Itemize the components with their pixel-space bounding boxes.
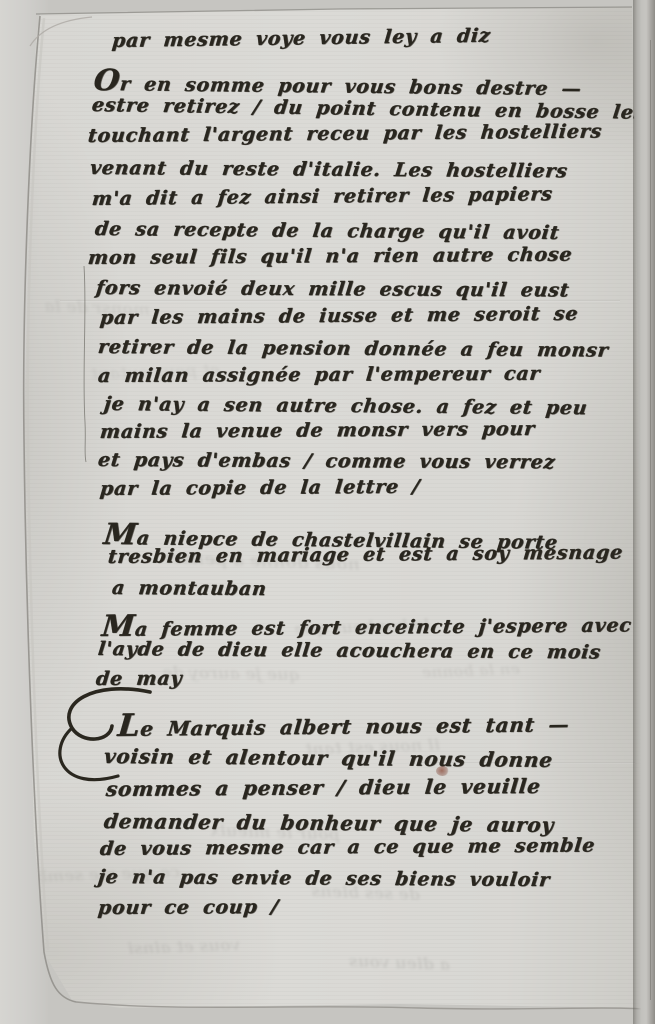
manuscript-line: a milan assignée par l'empereur car [97, 363, 541, 387]
manuscript-line: par mesme voye vous ley a diz [111, 25, 492, 52]
manuscript-line: voisin et alentour qu'il nous donne [103, 744, 555, 772]
next-page-edge-line [650, 40, 651, 1000]
ink-layer: par mesme voye vous ley a dizOr en somme… [0, 0, 655, 1024]
manuscript-line: venant du reste d'italie. Les hostellier… [89, 157, 569, 182]
manuscript-line: tresbien en mariage et est a soy mesnage [107, 541, 624, 568]
manuscript-line: mon seul fils qu'il n'a rien autre chose [87, 244, 573, 269]
manuscript-line: Ma femme est fort enceincte j'espere ave… [100, 603, 633, 643]
manuscript-line: de sa recepte de la charge qu'il avoit [94, 218, 561, 244]
manuscript-line: pour ce coup / [97, 896, 280, 919]
manuscript-line: et pays d'embas / comme vous verrez [97, 449, 557, 473]
manuscript-line: mains la venue de monsr vers pour [99, 418, 536, 443]
manuscript-line: l'ayde de dieu elle acouchera en ce mois [97, 638, 602, 663]
manuscript-line: a montauban [111, 577, 268, 600]
manuscript-line: je n'a pas envie de ses biens vouloir [97, 866, 551, 891]
manuscript-line: par les mains de iusse et me seroit se [99, 303, 579, 329]
manuscript-line: demander du bonheur que je auroy [103, 809, 556, 837]
manuscript-line: par la copie de la lettre / [99, 476, 421, 500]
book-gutter [633, 0, 655, 1024]
manuscript-page: monsr de laet pour autantnous donne a pe… [0, 0, 655, 1024]
manuscript-line: je n'ay a sen autre chose. a fez et peu [103, 393, 589, 419]
manuscript-scan: { "document": { "kind": "handwritten man… [0, 0, 655, 1024]
manuscript-line: sommes a penser / dieu le veuille [105, 774, 542, 801]
manuscript-line: touchant l'argent receu par les hostelli… [87, 121, 603, 148]
manuscript-line: de vous mesme car a ce que me semble [99, 835, 596, 860]
manuscript-line: de may [95, 668, 183, 690]
manuscript-line: retirer de la pension donnée a feu monsr [97, 336, 610, 362]
manuscript-line: m'a dit a fez ainsi retirer les papiers [91, 183, 554, 210]
manuscript-line: Le Marquis albert nous est tant — [116, 703, 571, 744]
manuscript-line: fors envoié deux mille escus qu'il eust [95, 277, 571, 301]
ink-blot [436, 766, 449, 776]
